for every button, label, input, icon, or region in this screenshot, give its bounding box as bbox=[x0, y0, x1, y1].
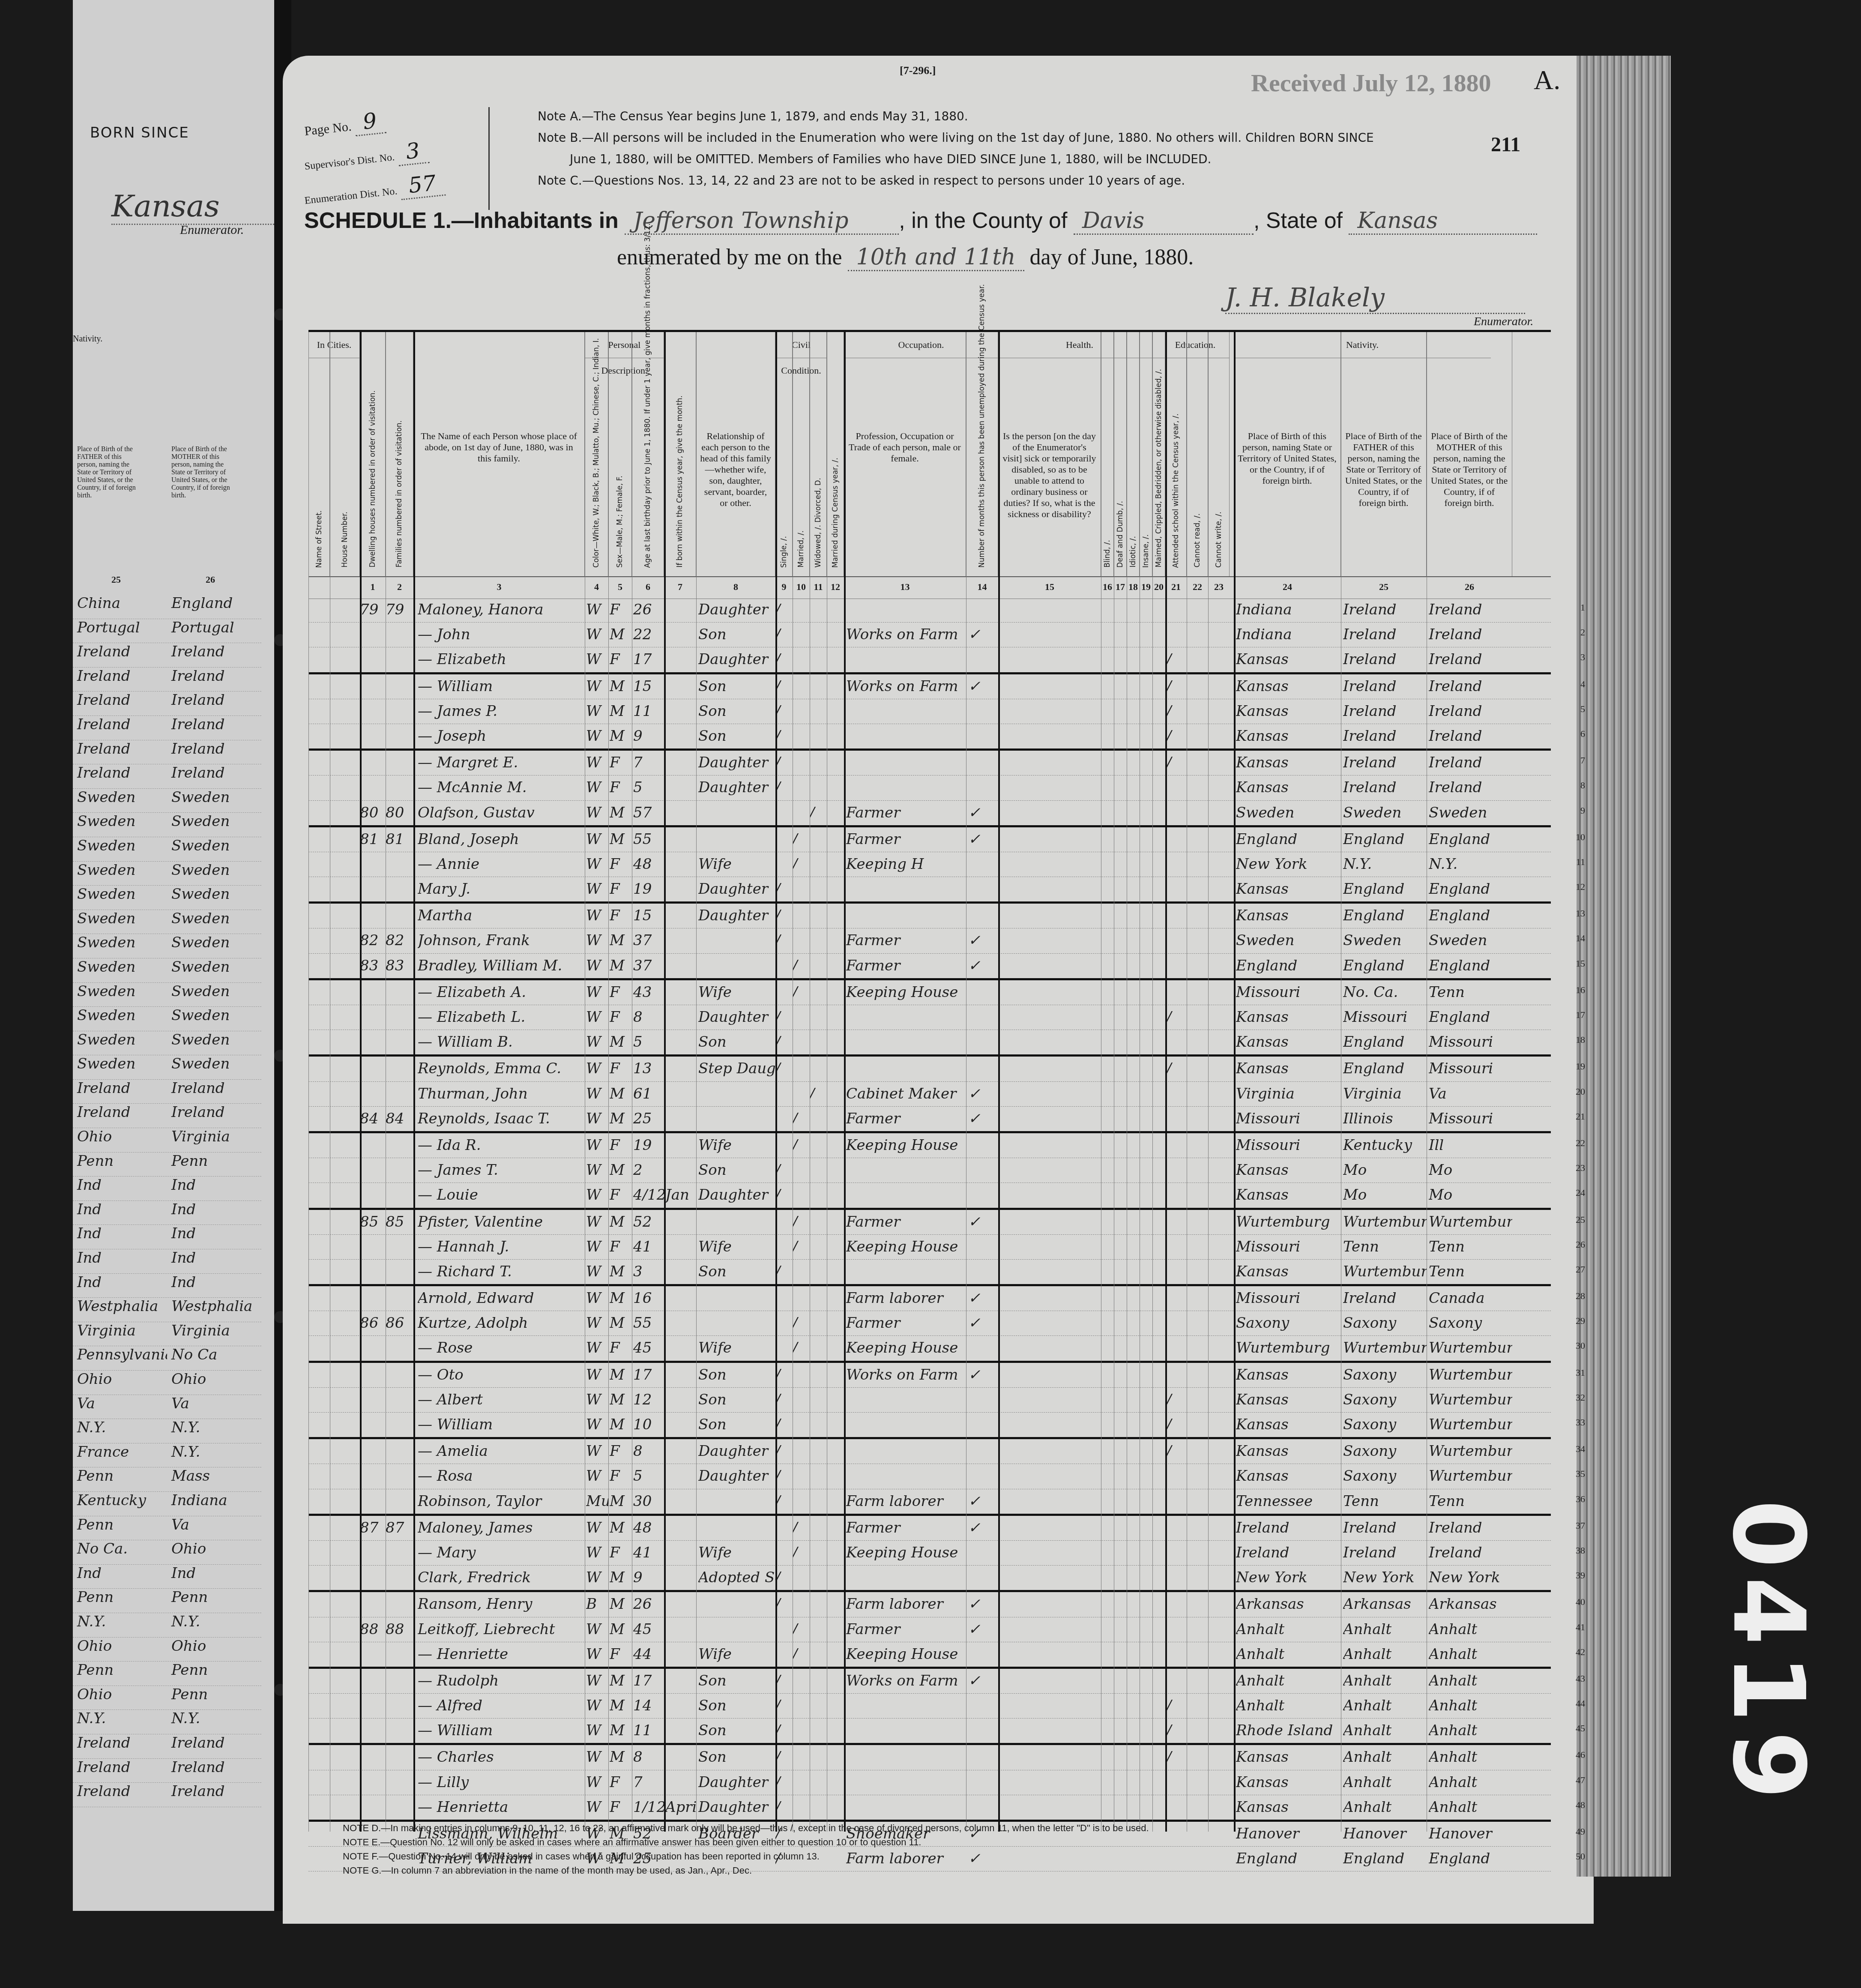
cell-birth: Ireland bbox=[1236, 1544, 1341, 1561]
table-row: — Ida R.WF19Wife/Keeping HouseMissouriKe… bbox=[308, 1133, 1551, 1158]
supervisor-value: 3 bbox=[396, 137, 430, 166]
table-row: Clark, FredrickWM9Adopted Son/New YorkNe… bbox=[308, 1566, 1551, 1592]
cell-rel: Son bbox=[698, 1672, 775, 1689]
cell-color: W bbox=[586, 932, 608, 949]
cell-civilM: / bbox=[793, 957, 810, 974]
cell-color: W bbox=[586, 1290, 608, 1307]
cell-father: England bbox=[1343, 1033, 1427, 1051]
column-header-label: Sex—Male, M.; Female, F. bbox=[616, 476, 624, 568]
left-page-row: IrelandIreland bbox=[73, 1759, 261, 1783]
cell-fam: 80 bbox=[386, 804, 413, 821]
cell-sex: F bbox=[610, 856, 632, 873]
cell-unemp: ✓ bbox=[968, 1110, 998, 1127]
cell-father: Ireland bbox=[1343, 1544, 1427, 1561]
mother-birthplace: Ohio bbox=[167, 1540, 261, 1564]
column-header-label: House Number. bbox=[341, 512, 349, 568]
father-birthplace: Penn bbox=[73, 1662, 167, 1686]
column-divider bbox=[1165, 332, 1167, 1832]
row-number: 17 bbox=[1576, 1009, 1585, 1021]
cell-name: — Ida R. bbox=[418, 1137, 585, 1154]
mother-birthplace: England bbox=[167, 595, 261, 619]
cell-mother: Sweden bbox=[1429, 932, 1512, 949]
column-number: 20 bbox=[1152, 581, 1165, 593]
cell-color: W bbox=[586, 1085, 608, 1102]
table-row: — AmeliaWF8Daughter//KansasSaxonyWurtemb… bbox=[308, 1439, 1551, 1464]
left-page-row: IrelandIreland bbox=[73, 643, 261, 668]
column-header-label: Number of months this person has been un… bbox=[978, 284, 986, 568]
cell-birth: Kansas bbox=[1236, 1162, 1341, 1179]
cell-mother: Tenn bbox=[1429, 1493, 1512, 1510]
father-birthplace: Ohio bbox=[73, 1128, 167, 1152]
left-page-row: OhioOhio bbox=[73, 1638, 261, 1662]
cell-civilM: / bbox=[793, 984, 810, 1001]
cell-mother: England bbox=[1429, 1850, 1512, 1867]
table-row: Mary J.WF19Daughter/KansasEnglandEngland… bbox=[308, 877, 1551, 904]
cell-month: April bbox=[665, 1799, 696, 1816]
column-header-3: The Name of each Person whose place of a… bbox=[413, 332, 585, 576]
cell-father: England bbox=[1343, 831, 1427, 848]
cell-sex: F bbox=[610, 601, 632, 618]
cell-occ: Keeping House bbox=[846, 1339, 966, 1356]
cell-father: Ireland bbox=[1343, 1519, 1427, 1536]
cell-sex: M bbox=[610, 831, 632, 848]
mother-birthplace: Ireland bbox=[167, 692, 261, 716]
father-birthplace: Ireland bbox=[73, 1759, 167, 1783]
cell-father: No. Ca. bbox=[1343, 984, 1427, 1001]
cell-father: Tenn bbox=[1343, 1238, 1427, 1255]
cell-rel: Daughter bbox=[698, 754, 775, 771]
column-header-label: Blind, /. bbox=[1103, 540, 1112, 568]
cell-rel: Daughter bbox=[698, 1799, 775, 1816]
column-divider bbox=[827, 332, 827, 1832]
cell-rel: Son bbox=[698, 1162, 775, 1179]
cell-rel: Wife bbox=[698, 1238, 775, 1255]
cell-civilS: / bbox=[775, 1162, 793, 1179]
column-number: 1 bbox=[360, 581, 386, 593]
cell-dw: 86 bbox=[360, 1314, 386, 1332]
left-page-row: PennMass bbox=[73, 1467, 261, 1492]
father-birthplace: Penn bbox=[73, 1153, 167, 1177]
note-d: NOTE D.—In making entries in columns 9, … bbox=[343, 1821, 1149, 1835]
cell-father: Anhalt bbox=[1343, 1774, 1427, 1791]
column-header-15: Is the person [on the day of the Enumera… bbox=[998, 332, 1101, 576]
cell-rel: Son bbox=[698, 1033, 775, 1051]
cell-color: W bbox=[586, 804, 608, 821]
cell-fam: 88 bbox=[386, 1621, 413, 1638]
column-header-label: If born within the Census year, give the… bbox=[676, 395, 684, 568]
left-page-row: IrelandIreland bbox=[73, 764, 261, 789]
column-header-24: Place of Birth of this person, naming St… bbox=[1234, 332, 1341, 576]
row-number: 14 bbox=[1576, 933, 1585, 944]
father-birthplace: Ohio bbox=[73, 1638, 167, 1662]
cell-mother: Ireland bbox=[1429, 626, 1512, 643]
county-label: , in the County of bbox=[899, 208, 1067, 233]
column-header-label: Relationship of each person to the head … bbox=[700, 431, 772, 509]
cell-name: — Albert bbox=[418, 1391, 585, 1408]
column-header-label: Married, /. bbox=[797, 530, 805, 568]
district-info: Page No.9 Supervisor's Dist. No.3 Enumer… bbox=[300, 107, 490, 210]
cell-mother: Anhalt bbox=[1429, 1722, 1512, 1739]
column-divider bbox=[775, 332, 777, 1832]
cell-age: 55 bbox=[633, 831, 664, 848]
cell-father: Saxony bbox=[1343, 1467, 1427, 1485]
father-birthplace: Penn bbox=[73, 1589, 167, 1613]
book-page-edges bbox=[1577, 56, 1671, 1877]
cell-age: 8 bbox=[633, 1443, 664, 1460]
page-letter: A. bbox=[1534, 64, 1560, 96]
column-header-12: Married during Census year, /. bbox=[827, 332, 844, 576]
cell-unemp: ✓ bbox=[968, 1085, 998, 1102]
enumeration-district-label: Enumeration Dist. No. bbox=[304, 186, 398, 207]
cell-sex: F bbox=[610, 907, 632, 924]
column-header-25: Place of Birth of the FATHER of this per… bbox=[1341, 332, 1427, 576]
cell-color: W bbox=[586, 1467, 608, 1485]
cell-age: 7 bbox=[633, 1774, 664, 1791]
cell-father: Wurtemburg bbox=[1343, 1213, 1427, 1231]
cell-dw: 83 bbox=[360, 957, 386, 974]
received-stamp: Received July 12, 1880 bbox=[1251, 69, 1491, 97]
cell-sex: M bbox=[610, 804, 632, 821]
mother-birthplace: Portugal bbox=[167, 619, 261, 643]
column-header-label: Age at last birthday prior to June 1, 18… bbox=[643, 223, 652, 568]
left-page-row: IndInd bbox=[73, 1225, 261, 1249]
cell-mother: Wurtemburg bbox=[1429, 1467, 1512, 1485]
cell-father: Saxony bbox=[1343, 1443, 1427, 1460]
cell-name: Martha bbox=[418, 907, 585, 924]
mother-birthplace: N.Y. bbox=[167, 1419, 261, 1443]
left-page-row: OhioVirginia bbox=[73, 1128, 261, 1153]
cell-sex: F bbox=[610, 1467, 632, 1485]
left-page-row: IndInd bbox=[73, 1274, 261, 1298]
cell-mother: England bbox=[1429, 957, 1512, 974]
cell-school: / bbox=[1167, 1748, 1187, 1766]
column-divider bbox=[1234, 332, 1236, 1832]
cell-rel: Daughter bbox=[698, 1443, 775, 1460]
cell-fam: 84 bbox=[386, 1110, 413, 1127]
cell-name: — Alfred bbox=[418, 1697, 585, 1714]
cell-color: W bbox=[586, 1366, 608, 1383]
cell-color: W bbox=[586, 728, 608, 745]
father-birthplace: Ireland bbox=[73, 1734, 167, 1758]
stamped-page-number: 211 bbox=[1491, 133, 1520, 156]
cell-civilS: / bbox=[775, 1009, 793, 1026]
cell-mother: Ireland bbox=[1429, 728, 1512, 745]
left-page-row: VaVa bbox=[73, 1395, 261, 1419]
column-divider bbox=[585, 332, 585, 1832]
column-number: 11 bbox=[810, 581, 827, 593]
left-page-row: IndInd bbox=[73, 1177, 261, 1201]
column-divider bbox=[632, 332, 632, 1832]
cell-father: Saxony bbox=[1343, 1366, 1427, 1383]
mother-birthplace: Virginia bbox=[167, 1128, 261, 1152]
father-birthplace: Ireland bbox=[73, 764, 167, 788]
column-header-1: Dwelling houses numbered in order of vis… bbox=[360, 332, 386, 576]
cell-name: — Annie bbox=[418, 856, 585, 873]
table-row: — JohnWM22Son/Works on Farm✓IndianaIrela… bbox=[308, 623, 1551, 647]
cell-school: / bbox=[1167, 1697, 1187, 1714]
cell-birth: Rhode Island bbox=[1236, 1722, 1341, 1739]
left-page-row: N.Y.N.Y. bbox=[73, 1710, 261, 1734]
cell-civilS: / bbox=[775, 1033, 793, 1051]
cell-sex: M bbox=[610, 626, 632, 643]
column-divider bbox=[810, 332, 810, 1832]
cell-color: Mu bbox=[586, 1493, 608, 1510]
row-number: 33 bbox=[1576, 1417, 1585, 1428]
column-divider bbox=[608, 332, 609, 1832]
cell-birth: Kansas bbox=[1236, 1263, 1341, 1280]
cell-birth: Anhalt bbox=[1236, 1621, 1341, 1638]
cell-rel: Son bbox=[698, 1416, 775, 1433]
column-header-label: Maimed, Crippled, Bedridden, or otherwis… bbox=[1155, 369, 1163, 568]
mother-birthplace: Ireland bbox=[167, 1783, 261, 1807]
cell-dw: 82 bbox=[360, 932, 386, 949]
cell-occ: Farmer bbox=[846, 831, 966, 848]
mother-birthplace: Indiana bbox=[167, 1492, 261, 1516]
column-header-9: Single, /. bbox=[775, 332, 793, 576]
cell-unemp: ✓ bbox=[968, 1314, 998, 1332]
cell-color: W bbox=[586, 779, 608, 796]
cell-rel: Son bbox=[698, 1697, 775, 1714]
mother-birthplace: Penn bbox=[167, 1686, 261, 1710]
cell-civilM: / bbox=[793, 1137, 810, 1154]
left-page-row: IndInd bbox=[73, 1565, 261, 1589]
enumeration-date-line: enumerated by me on the 10th and 11th da… bbox=[617, 244, 1194, 271]
cell-color: W bbox=[586, 880, 608, 898]
table-row: — AlbertWM12Son//KansasSaxonyWurtemburg3… bbox=[308, 1388, 1551, 1413]
left-page-nativity-label: Nativity. bbox=[73, 334, 102, 344]
left-page-row: IndInd bbox=[73, 1201, 261, 1225]
township-field: Jefferson Township bbox=[625, 208, 899, 235]
cell-sex: M bbox=[610, 1416, 632, 1433]
cell-rel: Daughter bbox=[698, 1009, 775, 1026]
left-page-state: Kansas bbox=[111, 189, 274, 225]
row-number: 50 bbox=[1576, 1851, 1585, 1862]
cell-sex: M bbox=[610, 1366, 632, 1383]
cell-name: — James P. bbox=[418, 703, 585, 720]
cell-civilS: / bbox=[775, 1443, 793, 1460]
row-number: 16 bbox=[1576, 985, 1585, 996]
cell-civilM: / bbox=[793, 1238, 810, 1255]
cell-age: 45 bbox=[633, 1339, 664, 1356]
father-birthplace: Va bbox=[73, 1395, 167, 1419]
column-header-label: Place of Birth of this person, naming St… bbox=[1237, 431, 1337, 486]
cell-birth: Virginia bbox=[1236, 1085, 1341, 1102]
mother-birthplace: Westphalia bbox=[167, 1298, 261, 1322]
footnotes: NOTE D.—In making entries in columns 9, … bbox=[343, 1821, 1149, 1877]
cell-civilM: / bbox=[793, 1519, 810, 1536]
father-birthplace: Sweden bbox=[73, 910, 167, 934]
row-number: 3 bbox=[1580, 652, 1585, 663]
cell-age: 26 bbox=[633, 1596, 664, 1613]
father-birthplace: Portugal bbox=[73, 619, 167, 643]
cell-birth: Kansas bbox=[1236, 1009, 1341, 1026]
father-birthplace: N.Y. bbox=[73, 1710, 167, 1734]
row-number: 25 bbox=[1576, 1214, 1585, 1225]
cell-father: Ireland bbox=[1343, 779, 1427, 796]
cell-color: W bbox=[586, 1391, 608, 1408]
cell-age: 7 bbox=[633, 754, 664, 771]
cell-rel: Step Daughter bbox=[698, 1060, 775, 1077]
cell-mother: Anhalt bbox=[1429, 1799, 1512, 1816]
cell-age: 48 bbox=[633, 1519, 664, 1536]
cell-name: Clark, Fredrick bbox=[418, 1569, 585, 1586]
cell-dw: 88 bbox=[360, 1621, 386, 1638]
cell-father: Illinois bbox=[1343, 1110, 1427, 1127]
cell-name: — Henriette bbox=[418, 1646, 585, 1663]
cell-age: 5 bbox=[633, 1467, 664, 1485]
table-row: 8888Leitkoff, LiebrechtWM45/Farmer✓Anhal… bbox=[308, 1617, 1551, 1642]
cell-birth: Kansas bbox=[1236, 1366, 1341, 1383]
row-number: 47 bbox=[1576, 1775, 1585, 1786]
table-row: 8686Kurtze, AdolphWM55/Farmer✓SaxonySaxo… bbox=[308, 1311, 1551, 1336]
father-birthplace: Pennsylvania bbox=[73, 1346, 167, 1370]
page-no-label: Page No. bbox=[304, 120, 352, 138]
table-row: — WilliamWM10Son//KansasSaxonyWurtemburg… bbox=[308, 1413, 1551, 1439]
cell-age: 45 bbox=[633, 1621, 664, 1638]
table-row: — JosephWM9Son//KansasIrelandIreland6 bbox=[308, 724, 1551, 751]
enumeration-district-value: 57 bbox=[399, 170, 446, 200]
cell-name: Maloney, Hanora bbox=[418, 601, 585, 618]
cell-age: 2 bbox=[633, 1162, 664, 1179]
cell-father: Ireland bbox=[1343, 703, 1427, 720]
father-birthplace: Ireland bbox=[73, 668, 167, 692]
table-row: MarthaWF15Daughter/KansasEnglandEngland1… bbox=[308, 904, 1551, 928]
cell-father: Ireland bbox=[1343, 626, 1427, 643]
cell-name: — McAnnie M. bbox=[418, 779, 585, 796]
table-row: Thurman, JohnWM61/Cabinet Maker✓Virginia… bbox=[308, 1082, 1551, 1107]
cell-father: England bbox=[1343, 1850, 1427, 1867]
left-page-row: ChinaEngland bbox=[73, 595, 261, 619]
table-row: — AnnieWF48Wife/Keeping HNew YorkN.Y.N.Y… bbox=[308, 852, 1551, 877]
cell-father: Ireland bbox=[1343, 754, 1427, 771]
cell-birth: Indiana bbox=[1236, 601, 1341, 618]
father-birthplace: Sweden bbox=[73, 958, 167, 982]
left-page-row: PennPenn bbox=[73, 1662, 261, 1686]
cell-civilS: / bbox=[775, 1060, 793, 1077]
father-birthplace: Sweden bbox=[73, 1007, 167, 1031]
cell-father: N.Y. bbox=[1343, 856, 1427, 873]
cell-occ: Works on Farm bbox=[846, 678, 966, 695]
cell-name: Bland, Joseph bbox=[418, 831, 585, 848]
cell-school: / bbox=[1167, 1391, 1187, 1408]
cell-mother: Wurtemburg bbox=[1429, 1366, 1512, 1383]
film-frame-number: 0419 bbox=[1696, 1500, 1825, 1885]
cell-age: 5 bbox=[633, 779, 664, 796]
row-number: 43 bbox=[1576, 1673, 1585, 1684]
column-number: 15 bbox=[998, 581, 1101, 593]
row-number: 28 bbox=[1576, 1290, 1585, 1302]
father-birthplace: Ind bbox=[73, 1201, 167, 1225]
left-page-col25-header: Place of Birth of the FATHER of this per… bbox=[77, 446, 141, 500]
left-page-row: KentuckyIndiana bbox=[73, 1492, 261, 1516]
left-page-row: IrelandIreland bbox=[73, 1104, 261, 1128]
cell-sex: F bbox=[610, 1339, 632, 1356]
row-number: 7 bbox=[1580, 755, 1585, 766]
column-header-18: Idiotic, /. bbox=[1127, 332, 1140, 576]
cell-age: 17 bbox=[633, 651, 664, 668]
mother-birthplace: Ireland bbox=[167, 1759, 261, 1783]
column-number: 10 bbox=[793, 581, 810, 593]
cell-color: W bbox=[586, 703, 608, 720]
column-header-23: Cannot write, /. bbox=[1208, 332, 1230, 576]
cell-name: — Rosa bbox=[418, 1467, 585, 1485]
cell-mother: Anhalt bbox=[1429, 1646, 1512, 1663]
cell-occ: Farmer bbox=[846, 1110, 966, 1127]
mother-birthplace: Ind bbox=[167, 1565, 261, 1589]
cell-sex: M bbox=[610, 1314, 632, 1332]
cell-rel: Wife bbox=[698, 1544, 775, 1561]
father-birthplace: Sweden bbox=[73, 837, 167, 861]
cell-name: — Rudolph bbox=[418, 1672, 585, 1689]
cell-civilM: / bbox=[793, 1314, 810, 1332]
cell-color: W bbox=[586, 831, 608, 848]
left-page-row: PennVa bbox=[73, 1516, 261, 1541]
cell-occ: Farmer bbox=[846, 932, 966, 949]
row-number: 2 bbox=[1580, 627, 1585, 638]
cell-birth: Missouri bbox=[1236, 1238, 1341, 1255]
column-divider bbox=[1127, 332, 1127, 1832]
row-number: 41 bbox=[1576, 1622, 1585, 1633]
father-birthplace: Penn bbox=[73, 1467, 167, 1491]
row-number: 9 bbox=[1580, 805, 1585, 816]
cell-civilS: / bbox=[775, 1596, 793, 1613]
row-number: 49 bbox=[1576, 1826, 1585, 1837]
cell-birth: Anhalt bbox=[1236, 1672, 1341, 1689]
cell-birth: Anhalt bbox=[1236, 1697, 1341, 1714]
cell-birth: Kansas bbox=[1236, 1443, 1341, 1460]
cell-civilS: / bbox=[775, 1722, 793, 1739]
cell-color: W bbox=[586, 1697, 608, 1714]
cell-school: / bbox=[1167, 1060, 1187, 1077]
column-header-c1: House Number. bbox=[330, 332, 360, 576]
father-birthplace: Ohio bbox=[73, 1371, 167, 1395]
column-divider bbox=[1114, 332, 1114, 1832]
left-page-row: No Ca.Ohio bbox=[73, 1540, 261, 1565]
father-birthplace: Ohio bbox=[73, 1686, 167, 1710]
cell-name: — Henrietta bbox=[418, 1799, 585, 1816]
cell-age: 11 bbox=[633, 703, 664, 720]
column-divider bbox=[966, 332, 966, 1832]
cell-birth: Indiana bbox=[1236, 626, 1341, 643]
cell-civilS: / bbox=[775, 1416, 793, 1433]
column-divider bbox=[1208, 332, 1209, 1832]
note-f: NOTE F.—Question No. 14 will only be ask… bbox=[343, 1849, 1149, 1863]
cell-sex: F bbox=[610, 1646, 632, 1663]
cell-age: 3 bbox=[633, 1263, 664, 1280]
column-header-4: Color—White, W.; Black, B.; Mulatto, Mu.… bbox=[585, 332, 608, 576]
column-divider bbox=[1152, 332, 1153, 1832]
mother-birthplace: Sweden bbox=[167, 910, 261, 934]
cell-unemp: ✓ bbox=[968, 831, 998, 848]
cell-mother: Wurtemburg bbox=[1429, 1339, 1512, 1356]
left-page-row: OhioOhio bbox=[73, 1371, 261, 1395]
left-page-row: IrelandIreland bbox=[73, 668, 261, 692]
cell-rel: Daughter bbox=[698, 1774, 775, 1791]
mother-birthplace: No Ca bbox=[167, 1346, 261, 1370]
left-page-row: PennPenn bbox=[73, 1589, 261, 1613]
cell-mother: England bbox=[1429, 907, 1512, 924]
cell-name: — Amelia bbox=[418, 1443, 585, 1460]
cell-color: W bbox=[586, 1544, 608, 1561]
row-number: 8 bbox=[1580, 780, 1585, 791]
column-header-label: Attended school within the Census year, … bbox=[1172, 413, 1180, 568]
cell-mother: Missouri bbox=[1429, 1033, 1512, 1051]
cell-civilM: / bbox=[793, 856, 810, 873]
cell-mother: Wurtemburg bbox=[1429, 1416, 1512, 1433]
column-header-label: Cannot write, /. bbox=[1215, 512, 1223, 568]
cell-mother: Missouri bbox=[1429, 1060, 1512, 1077]
column-divider bbox=[1140, 332, 1140, 1832]
